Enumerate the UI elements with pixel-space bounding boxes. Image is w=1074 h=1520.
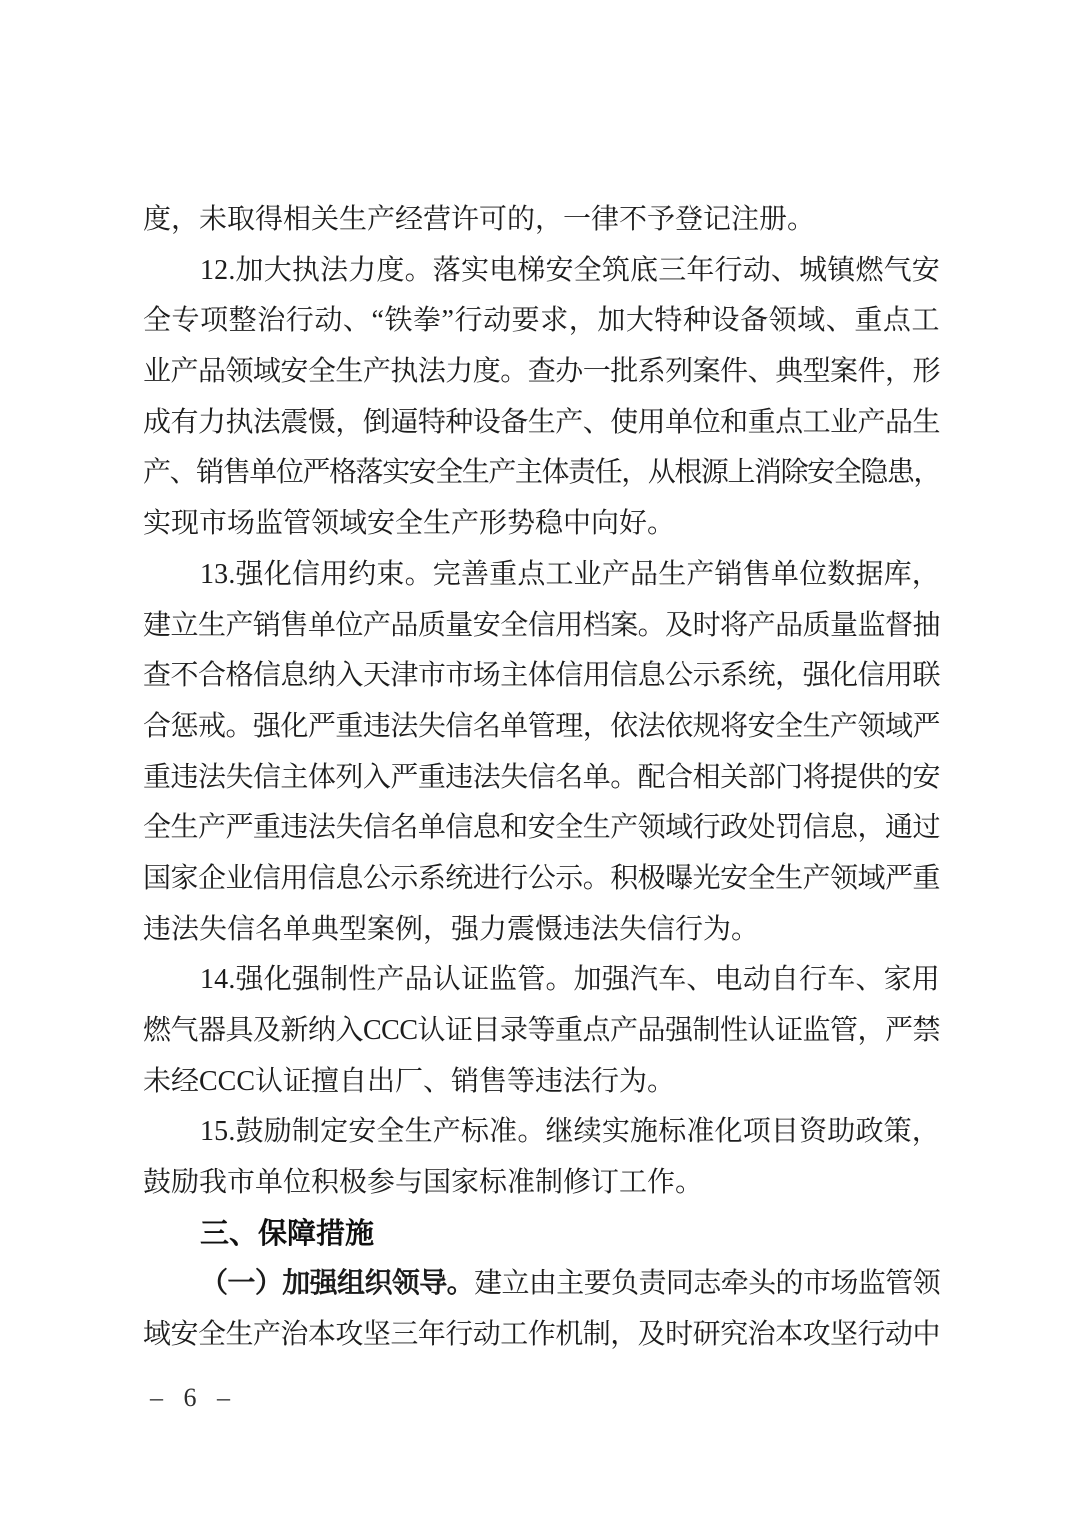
body-text: 13.强化信用约束。完善重点工业产品生产销售单位数据库，	[200, 559, 940, 590]
text-line-content: 三、保障措施	[200, 1218, 374, 1250]
text-line-content: 鼓励我市单位积极参与国家标准制修订工作。	[143, 1167, 703, 1198]
text-line: 14.强化强制性产品认证监管。加强汽车、电动自行车、家用	[143, 955, 940, 1006]
text-line: 12.加大执法力度。落实电梯安全筑底三年行动、城镇燃气安	[143, 246, 940, 297]
text-line-content: 重违法失信主体列入严重违法失信名单。配合相关部门将提供的安	[143, 762, 940, 793]
page-number: – 6 –	[150, 1383, 237, 1413]
text-line: 重违法失信主体列入严重违法失信名单。配合相关部门将提供的安	[143, 753, 940, 804]
body-text: 12.加大执法力度。落实电梯安全筑底三年行动、城镇燃气安	[200, 255, 940, 286]
text-line: 建立生产销售单位产品质量安全信用档案。及时将产品质量监督抽	[143, 601, 940, 652]
body-text: 建立生产销售单位产品质量安全信用档案。及时将产品质量监督抽	[143, 610, 940, 641]
body-text: 燃气器具及新纳入CCC认证目录等重点产品强制性认证监管，严禁	[143, 1015, 940, 1046]
text-line: 国家企业信用信息公示系统进行公示。积极曝光安全生产领域严重	[143, 854, 940, 905]
text-line: 度，未取得相关生产经营许可的，一律不予登记注册。	[143, 195, 940, 246]
text-line: 成有力执法震慑，倒逼特种设备生产、使用单位和重点工业产品生	[143, 398, 940, 449]
body-text: 全专项整治行动、“铁拳”行动要求，加大特种设备领域、重点工	[143, 305, 940, 336]
body-text: 国家企业信用信息公示系统进行公示。积极曝光安全生产领域严重	[143, 863, 940, 894]
emphasis-text: 三、保障措施	[200, 1218, 374, 1250]
text-line-content: 合惩戒。强化严重违法失信名单管理，依法依规将安全生产领域严	[143, 711, 940, 742]
text-line: 15.鼓励制定安全生产标准。继续实施标准化项目资助政策，	[143, 1107, 940, 1158]
body-text: 成有力执法震慑，倒逼特种设备生产、使用单位和重点工业产品生	[143, 407, 940, 438]
text-line-content: 违法失信名单典型案例，强力震慑违法失信行为。	[143, 914, 759, 945]
text-line-content: 实现市场监管领域安全生产形势稳中向好。	[143, 508, 675, 539]
text-line: 违法失信名单典型案例，强力震慑违法失信行为。	[143, 905, 940, 956]
body-text: 全生产严重违法失信名单信息和安全生产领域行政处罚信息，通过	[143, 812, 940, 843]
body-text: 合惩戒。强化严重违法失信名单管理，依法依规将安全生产领域严	[143, 711, 940, 742]
text-line: 鼓励我市单位积极参与国家标准制修订工作。	[143, 1158, 940, 1209]
text-line-content: 全生产严重违法失信名单信息和安全生产领域行政处罚信息，通过	[143, 812, 940, 843]
text-line: 域安全生产治本攻坚三年行动工作机制，及时研究治本攻坚行动中	[143, 1310, 940, 1361]
document-body: 度，未取得相关生产经营许可的，一律不予登记注册。12.加大执法力度。落实电梯安全…	[143, 195, 940, 1361]
text-line-content: 成有力执法震慑，倒逼特种设备生产、使用单位和重点工业产品生	[143, 407, 940, 438]
text-line-content: 国家企业信用信息公示系统进行公示。积极曝光安全生产领域严重	[143, 863, 940, 894]
body-text: 业产品领域安全生产执法力度。查办一批系列案件、典型案件，形	[143, 356, 940, 387]
emphasis-text: （一）加强组织领导。	[200, 1268, 474, 1299]
body-text: 产、销售单位严格落实安全生产主体责任，从根源上消除安全隐患，	[143, 457, 940, 488]
text-line-content: 燃气器具及新纳入CCC认证目录等重点产品强制性认证监管，严禁	[143, 1015, 940, 1046]
text-line-content: 建立生产销售单位产品质量安全信用档案。及时将产品质量监督抽	[143, 610, 940, 641]
body-text: 14.强化强制性产品认证监管。加强汽车、电动自行车、家用	[200, 964, 940, 995]
text-line: 合惩戒。强化严重违法失信名单管理，依法依规将安全生产领域严	[143, 702, 940, 753]
body-text: 未经CCC认证擅自出厂、销售等违法行为。	[143, 1066, 675, 1097]
text-line-content: 未经CCC认证擅自出厂、销售等违法行为。	[143, 1066, 675, 1097]
text-line: 查不合格信息纳入天津市市场主体信用信息公示系统，强化信用联	[143, 651, 940, 702]
text-line: 13.强化信用约束。完善重点工业产品生产销售单位数据库，	[143, 550, 940, 601]
document-page: 度，未取得相关生产经营许可的，一律不予登记注册。12.加大执法力度。落实电梯安全…	[0, 0, 1074, 1520]
body-text: 重违法失信主体列入严重违法失信名单。配合相关部门将提供的安	[143, 762, 940, 793]
section-heading: 三、保障措施	[143, 1209, 940, 1260]
text-line-content: 14.强化强制性产品认证监管。加强汽车、电动自行车、家用	[200, 964, 940, 995]
body-text: 违法失信名单典型案例，强力震慑违法失信行为。	[143, 914, 759, 945]
text-line-content: 业产品领域安全生产执法力度。查办一批系列案件、典型案件，形	[143, 356, 940, 387]
text-line-content: （一）加强组织领导。建立由主要负责同志牵头的市场监管领	[200, 1268, 940, 1299]
text-line: 产、销售单位严格落实安全生产主体责任，从根源上消除安全隐患，	[143, 448, 940, 499]
body-text: 域安全生产治本攻坚三年行动工作机制，及时研究治本攻坚行动中	[143, 1319, 940, 1350]
text-line-content: 13.强化信用约束。完善重点工业产品生产销售单位数据库，	[200, 559, 940, 590]
body-text: 查不合格信息纳入天津市市场主体信用信息公示系统，强化信用联	[143, 660, 940, 691]
text-line: 燃气器具及新纳入CCC认证目录等重点产品强制性认证监管，严禁	[143, 1006, 940, 1057]
body-text: 15.鼓励制定安全生产标准。继续实施标准化项目资助政策，	[200, 1116, 940, 1147]
body-text: 实现市场监管领域安全生产形势稳中向好。	[143, 508, 675, 539]
text-line: 实现市场监管领域安全生产形势稳中向好。	[143, 499, 940, 550]
text-line-content: 产、销售单位严格落实安全生产主体责任，从根源上消除安全隐患，	[143, 457, 940, 488]
text-line: （一）加强组织领导。建立由主要负责同志牵头的市场监管领	[143, 1259, 940, 1310]
text-line-content: 15.鼓励制定安全生产标准。继续实施标准化项目资助政策，	[200, 1116, 940, 1147]
body-text: 鼓励我市单位积极参与国家标准制修订工作。	[143, 1167, 703, 1198]
body-text: 度，未取得相关生产经营许可的，一律不予登记注册。	[143, 204, 815, 235]
text-line-content: 度，未取得相关生产经营许可的，一律不予登记注册。	[143, 204, 815, 235]
text-line-content: 全专项整治行动、“铁拳”行动要求，加大特种设备领域、重点工	[143, 305, 940, 336]
text-line: 未经CCC认证擅自出厂、销售等违法行为。	[143, 1057, 940, 1108]
text-line: 全生产严重违法失信名单信息和安全生产领域行政处罚信息，通过	[143, 803, 940, 854]
text-line: 全专项整治行动、“铁拳”行动要求，加大特种设备领域、重点工	[143, 296, 940, 347]
text-line-content: 域安全生产治本攻坚三年行动工作机制，及时研究治本攻坚行动中	[143, 1319, 940, 1350]
text-line-content: 12.加大执法力度。落实电梯安全筑底三年行动、城镇燃气安	[200, 255, 940, 286]
text-line-content: 查不合格信息纳入天津市市场主体信用信息公示系统，强化信用联	[143, 660, 940, 691]
body-text: 建立由主要负责同志牵头的市场监管领	[474, 1268, 940, 1299]
text-line: 业产品领域安全生产执法力度。查办一批系列案件、典型案件，形	[143, 347, 940, 398]
